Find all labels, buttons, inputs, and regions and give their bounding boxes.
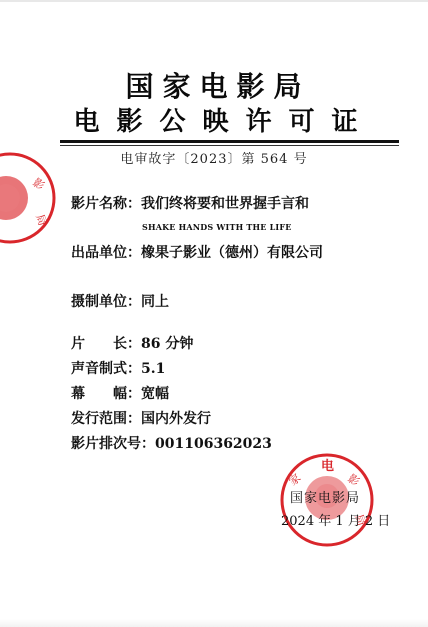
svg-text:影: 影 xyxy=(30,176,46,193)
left-seal-icon: 影 局 xyxy=(0,150,58,246)
svg-text:家: 家 xyxy=(286,471,303,489)
field-label: 出品单位： xyxy=(71,243,141,263)
field-value: 我们终将要和世界握手言和 xyxy=(141,196,309,212)
field-label: 幕 幅： xyxy=(71,384,141,404)
signature-date: 2024 年 1 月 2 日 xyxy=(281,513,390,531)
field-value: 橡果子影业（德州）有限公司 xyxy=(141,245,323,261)
field-label: 发行范围： xyxy=(71,409,141,429)
field-producer: 出品单位：橡果子影业（德州）有限公司 xyxy=(71,243,323,263)
field-label: 摄制单位： xyxy=(71,292,141,312)
title-divider-thick xyxy=(60,140,399,143)
field-label: 片 长： xyxy=(71,334,141,354)
field-label: 影片名称： xyxy=(71,194,141,214)
field-distribution-scope: 发行范围：国内外发行 xyxy=(71,409,211,429)
field-value: 5.1 xyxy=(141,361,165,377)
field-production-unit: 摄制单位：同上 xyxy=(71,292,169,312)
document-title: 电影公映许可证 xyxy=(0,106,428,138)
field-film-name: 影片名称：我们终将要和世界握手言和 xyxy=(71,194,309,214)
field-label: 声音制式： xyxy=(71,359,141,379)
svg-text:局: 局 xyxy=(33,213,49,228)
issuer-header: 国家电影局 xyxy=(0,70,428,104)
document-number: 电审故字〔2023〕第 564 号 xyxy=(0,151,428,169)
field-label: 影片排次号： xyxy=(71,434,155,454)
title-divider-thin xyxy=(60,145,399,146)
field-film-serial: 影片排次号：001106362023 xyxy=(71,434,272,454)
svg-text:电: 电 xyxy=(321,458,334,474)
field-value: 同上 xyxy=(141,294,169,310)
field-length: 片 长：86 分钟 xyxy=(71,334,193,354)
signature-issuer: 国家电影局 xyxy=(290,490,360,508)
svg-text:影: 影 xyxy=(345,472,361,489)
field-sound-format: 声音制式：5.1 xyxy=(71,359,165,379)
field-screen-format: 幕 幅：宽幅 xyxy=(71,384,169,404)
field-value: 001106362023 xyxy=(155,436,272,452)
top-edge xyxy=(0,0,428,2)
english-title: SHAKE HANDS WITH THE LIFE xyxy=(142,221,292,233)
field-value: 86 分钟 xyxy=(141,336,193,352)
bottom-edge xyxy=(0,619,428,627)
field-value: 宽幅 xyxy=(141,386,169,402)
field-value: 国内外发行 xyxy=(141,411,211,427)
